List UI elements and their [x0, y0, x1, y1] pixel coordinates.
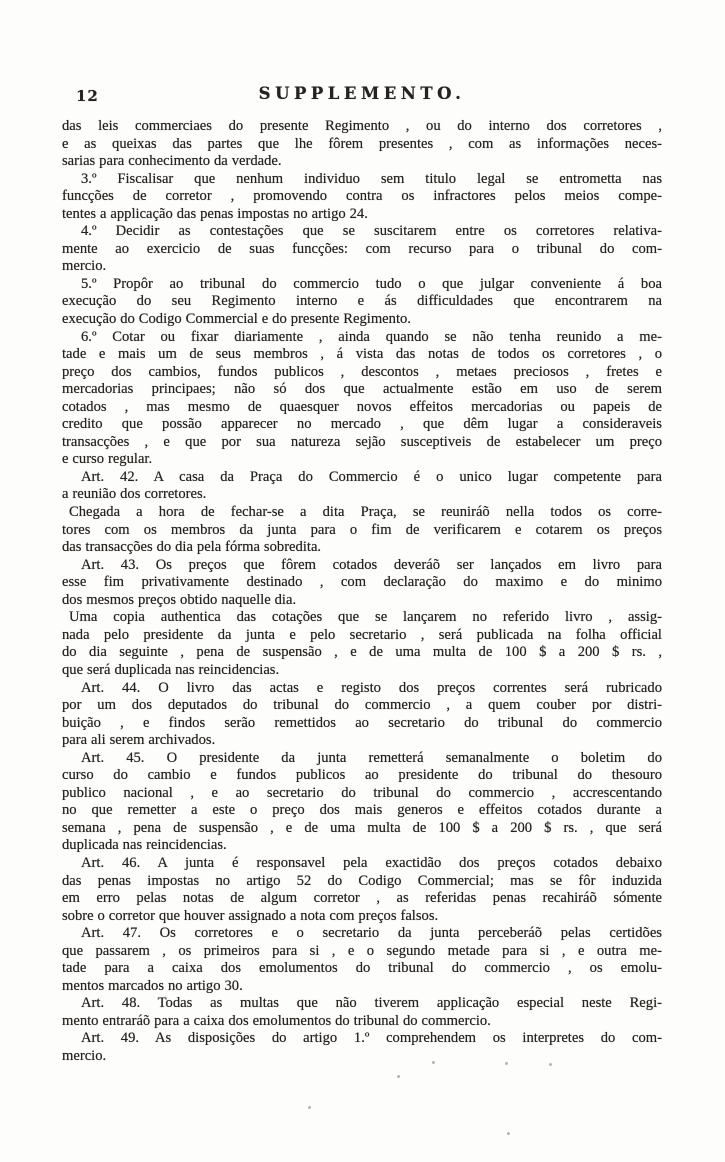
text-line: mercio.: [62, 258, 662, 276]
text-line: a reunião dos corretores.: [62, 486, 662, 504]
scanned-document-page: 12 SUPPLEMENTO. das leis commerciaes do …: [0, 0, 725, 1162]
text-line: Art. 43. Os preços que fôrem cotados dev…: [62, 557, 662, 575]
page-body: das leis commerciaes do presente Regimen…: [62, 118, 662, 1066]
text-line: por um dos deputados do tribunal do comm…: [62, 697, 662, 715]
text-line: publico nacional , e ao secretario do tr…: [62, 785, 662, 803]
text-line: duplicada nas reincidencias.: [62, 837, 662, 855]
text-line: mente ao exercicio de suas funcções: com…: [62, 241, 662, 259]
text-line: curso do cambio e fundos publicos ao pre…: [62, 767, 662, 785]
text-line: das penas impostas no artigo 52 do Codig…: [62, 873, 662, 891]
text-line: das transacções do dia pela fórma sobred…: [62, 539, 662, 557]
text-line: e curso regular.: [62, 451, 662, 469]
text-line: esse fim privativamente destinado , com …: [62, 574, 662, 592]
text-line: funcções de corretor , promovendo contra…: [62, 188, 662, 206]
scan-speck: [549, 1063, 552, 1066]
text-line: em erro pelas notas de algum corretor , …: [62, 890, 662, 908]
text-line: mentos marcados no artigo 30.: [62, 978, 662, 996]
text-line: execução do Codigo Commercial e do prese…: [62, 311, 662, 329]
text-line: Art. 46. A junta é responsavel pela exac…: [62, 855, 662, 873]
text-line: execução do seu Regimento interno e ás d…: [62, 293, 662, 311]
text-line: do dia seguinte , pena de suspensão , e …: [62, 644, 662, 662]
scan-speck: [432, 1061, 435, 1064]
text-line: Art. 45. O presidente da junta remetterá…: [62, 750, 662, 768]
text-line: que será duplicada nas reincidencias.: [62, 662, 662, 680]
page-header: 12 SUPPLEMENTO.: [62, 84, 662, 108]
text-line: sobre o corretor que houver assignado a …: [62, 908, 662, 926]
text-line: mercio.: [62, 1048, 662, 1066]
text-line: semana , pena de suspensão , e de uma mu…: [62, 820, 662, 838]
scan-speck: [507, 1132, 510, 1135]
text-line: sarias para conhecimento da verdade.: [62, 153, 662, 171]
text-line: tentes a applicação das penas impostas n…: [62, 206, 662, 224]
text-line: 3.º Fiscalisar que nenhum individuo sem …: [62, 171, 662, 189]
text-line: tade e mais um de seus membros , á vista…: [62, 346, 662, 364]
text-line: 6.º Cotar ou fixar diariamente , ainda q…: [62, 329, 662, 347]
text-line: cotados , mas mesmo de quaesquer novos e…: [62, 399, 662, 417]
text-line: preço dos cambios, fundos publicos , des…: [62, 364, 662, 382]
text-line: 5.º Propôr ao tribunal do commercio tudo…: [62, 276, 662, 294]
text-line: transacções , e que por sua natureza sej…: [62, 434, 662, 452]
text-line: para ali serem archivados.: [62, 732, 662, 750]
text-line: Art. 49. As disposições do artigo 1.º co…: [62, 1030, 662, 1048]
text-line: Uma copia authentica das cotações que se…: [62, 609, 662, 627]
text-line: dos mesmos preços obtido naquelle dia.: [62, 592, 662, 610]
text-line: Art. 44. O livro das actas e registo dos…: [62, 680, 662, 698]
scan-speck: [308, 1106, 311, 1109]
text-line: e as queixas das partes que lhe fôrem pr…: [62, 136, 662, 154]
text-line: tade para a caixa dos emolumentos do tri…: [62, 960, 662, 978]
text-line: Art. 48. Todas as multas que não tiverem…: [62, 995, 662, 1013]
text-line: credito que possão apparecer no mercado …: [62, 416, 662, 434]
scan-speck: [397, 1075, 400, 1078]
text-line: buição , e findos serão remettidos ao se…: [62, 715, 662, 733]
text-line: tores com os membros da junta para o fim…: [62, 522, 662, 540]
text-line: mercadorias principaes; não só dos que a…: [62, 381, 662, 399]
text-line: nada pelo presidente da junta e pelo sec…: [62, 627, 662, 645]
text-line: mento entraráõ para a caixa dos emolumen…: [62, 1013, 662, 1031]
text-line: Art. 47. Os corretores e o secretario da…: [62, 925, 662, 943]
text-line: Art. 42. A casa da Praça do Commercio é …: [62, 469, 662, 487]
text-line: que passarem , os primeiros para si , e …: [62, 943, 662, 961]
scan-speck: [505, 1062, 508, 1065]
text-line: das leis commerciaes do presente Regimen…: [62, 118, 662, 136]
text-line: Chegada a hora de fechar-se a dita Praça…: [62, 504, 662, 522]
text-line: 4.º Decidir as contestações que se susci…: [62, 223, 662, 241]
text-line: no que remetter a este o preço dos mais …: [62, 802, 662, 820]
page-title: SUPPLEMENTO.: [62, 84, 662, 103]
